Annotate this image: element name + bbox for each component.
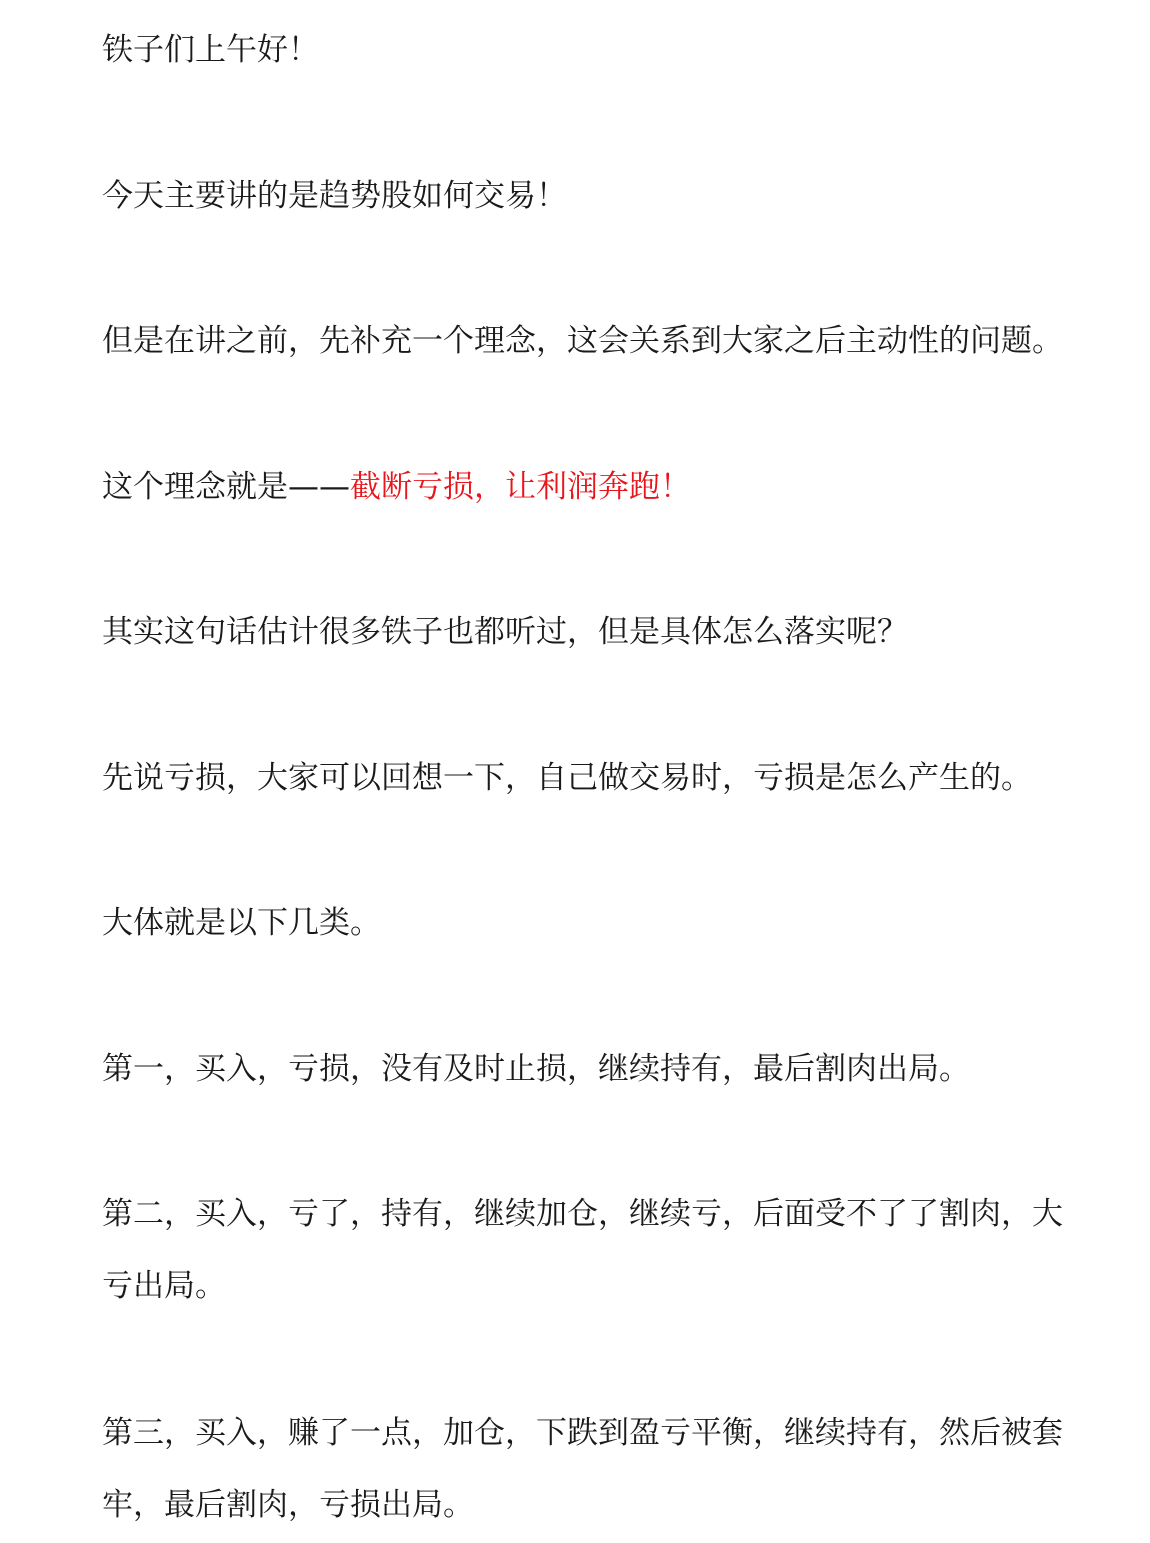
document-body: 铁子们上午好！ 今天主要讲的是趋势股如何交易！ 但是在讲之前，先补充一个理念，这…: [0, 0, 1150, 1543]
paragraph-concept-intro: 但是在讲之前，先补充一个理念，这会关系到大家之后主动性的问题。: [102, 305, 1077, 377]
paragraph-categories: 大体就是以下几类。: [102, 887, 1077, 959]
paragraph-case-3: 第三，买入，赚了一点，加仓，下跌到盈亏平衡，继续持有，然后被套牢，最后割肉，亏损…: [102, 1397, 1077, 1541]
concept-highlight: 截断亏损，让利润奔跑！: [350, 469, 691, 505]
paragraph-case-1: 第一，买入，亏损，没有及时止损，继续持有，最后割肉出局。: [102, 1033, 1077, 1105]
paragraph-question: 其实这句话估计很多铁子也都听过，但是具体怎么落实呢？: [102, 596, 1077, 668]
paragraph-case-2: 第二，买入，亏了，持有，继续加仓，继续亏，后面受不了了割肉，大亏出局。: [102, 1178, 1077, 1322]
paragraph-topic: 今天主要讲的是趋势股如何交易！: [102, 160, 1077, 232]
paragraph-greeting: 铁子们上午好！: [102, 14, 1077, 86]
paragraph-loss-intro: 先说亏损，大家可以回想一下，自己做交易时，亏损是怎么产生的。: [102, 742, 1077, 814]
concept-prefix: 这个理念就是——: [102, 469, 350, 505]
paragraph-concept: 这个理念就是——截断亏损，让利润奔跑！: [102, 451, 1077, 523]
